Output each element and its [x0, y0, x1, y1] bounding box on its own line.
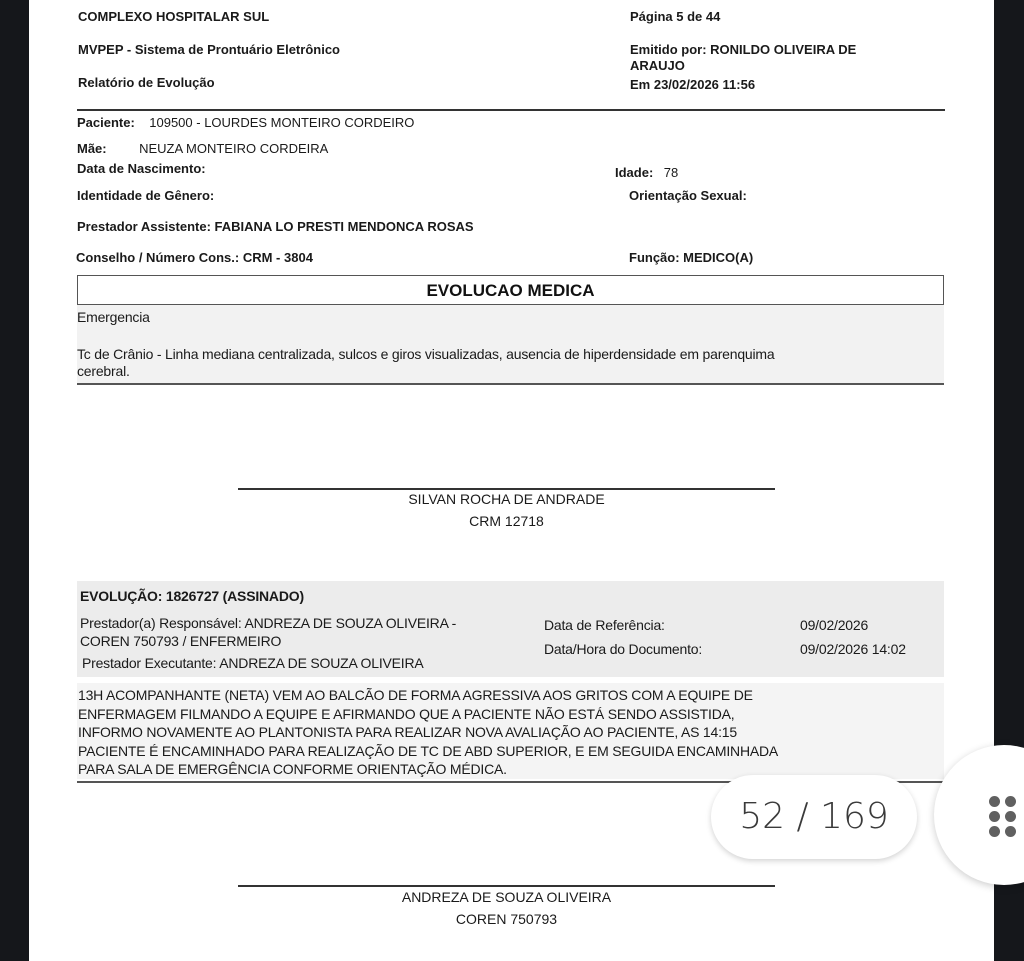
patient-row: Paciente: 109500 - LOURDES MONTEIRO CORD…: [77, 114, 414, 132]
council-number: Conselho / Número Cons.: CRM - 3804: [76, 250, 313, 265]
institution-name: COMPLEXO HOSPITALAR SUL: [78, 9, 269, 24]
responsible-provider-2: COREN 750793 / ENFERMEIRO: [80, 633, 281, 649]
medical-divider: [77, 383, 944, 385]
gender-identity-label: Identidade de Gênero:: [77, 188, 214, 203]
age-value: 78: [664, 165, 678, 180]
nurse-signature-name: ANDREZA DE SOUZA OLIVEIRA: [238, 887, 775, 907]
medical-evolution-body: [77, 305, 944, 383]
medical-line-1: Emergencia: [77, 309, 150, 325]
assistant-provider: Prestador Assistente: FABIANA LO PRESTI …: [77, 219, 474, 234]
nursing-text-line: 13H ACOMPANHANTE (NETA) VEM AO BALCÃO DE…: [78, 686, 778, 705]
mother-row: Mãe: NEUZA MONTEIRO CORDEIRA: [77, 140, 328, 158]
birth-date-label: Data de Nascimento:: [77, 161, 206, 176]
document-datetime-value: 09/02/2026 14:02: [800, 641, 906, 657]
reference-date-value: 09/02/2026: [800, 617, 868, 633]
age-label: Idade:: [615, 165, 653, 180]
mother-value: NEUZA MONTEIRO CORDEIRA: [139, 141, 328, 156]
issued-by-cont: ARAUJO: [630, 58, 685, 73]
doctor-signature-name: SILVAN ROCHA DE ANDRADE: [238, 489, 775, 509]
age-row: Idade: 78: [615, 164, 678, 182]
executing-provider: Prestador Executante: ANDREZA DE SOUZA O…: [82, 655, 424, 671]
patient-label: Paciente:: [77, 115, 135, 130]
doctor-signature-reg: CRM 12718: [238, 511, 775, 531]
nurse-signature-reg: COREN 750793: [238, 909, 775, 929]
reference-date-label: Data de Referência:: [544, 617, 665, 633]
nursing-text-line: INFORMO NOVAMENTE AO PLANTONISTA PARA RE…: [78, 723, 778, 742]
report-name: Relatório de Evolução: [78, 75, 215, 90]
mother-label: Mãe:: [77, 141, 107, 156]
page-label: Página 5 de 44: [630, 9, 720, 24]
function-label: Função: MEDICO(A): [629, 250, 753, 265]
medical-line-2: Tc de Crânio - Linha mediana centralizad…: [77, 346, 774, 362]
sexual-orientation-label: Orientação Sexual:: [629, 188, 747, 203]
nursing-text-line: PACIENTE É ENCAMINHADO PARA REALIZAÇÃO D…: [78, 742, 778, 761]
medical-evolution-title: EVOLUCAO MEDICA: [77, 275, 944, 305]
page-counter[interactable]: 52 / 169: [711, 775, 917, 859]
system-name: MVPEP - Sistema de Prontuário Eletrônico: [78, 42, 340, 57]
nursing-evolution-title: EVOLUÇÃO: 1826727 (ASSINADO): [80, 588, 304, 604]
nursing-text-line: ENFERMAGEM FILMANDO A EQUIPE E AFIRMANDO…: [78, 705, 778, 724]
patient-value: 109500 - LOURDES MONTEIRO CORDEIRO: [149, 115, 414, 130]
issued-by: Emitido por: RONILDO OLIVEIRA DE: [630, 42, 856, 57]
document-datetime-label: Data/Hora do Documento:: [544, 641, 702, 657]
issued-at: Em 23/02/2026 11:56: [630, 77, 755, 92]
medical-line-3: cerebral.: [77, 363, 130, 379]
header-divider: [77, 109, 945, 111]
responsible-provider-1: Prestador(a) Responsável: ANDREZA DE SOU…: [80, 615, 456, 631]
nursing-text-line: PARA SALA DE EMERGÊNCIA CONFORME ORIENTA…: [78, 760, 778, 779]
nursing-text: 13H ACOMPANHANTE (NETA) VEM AO BALCÃO DE…: [78, 686, 778, 779]
